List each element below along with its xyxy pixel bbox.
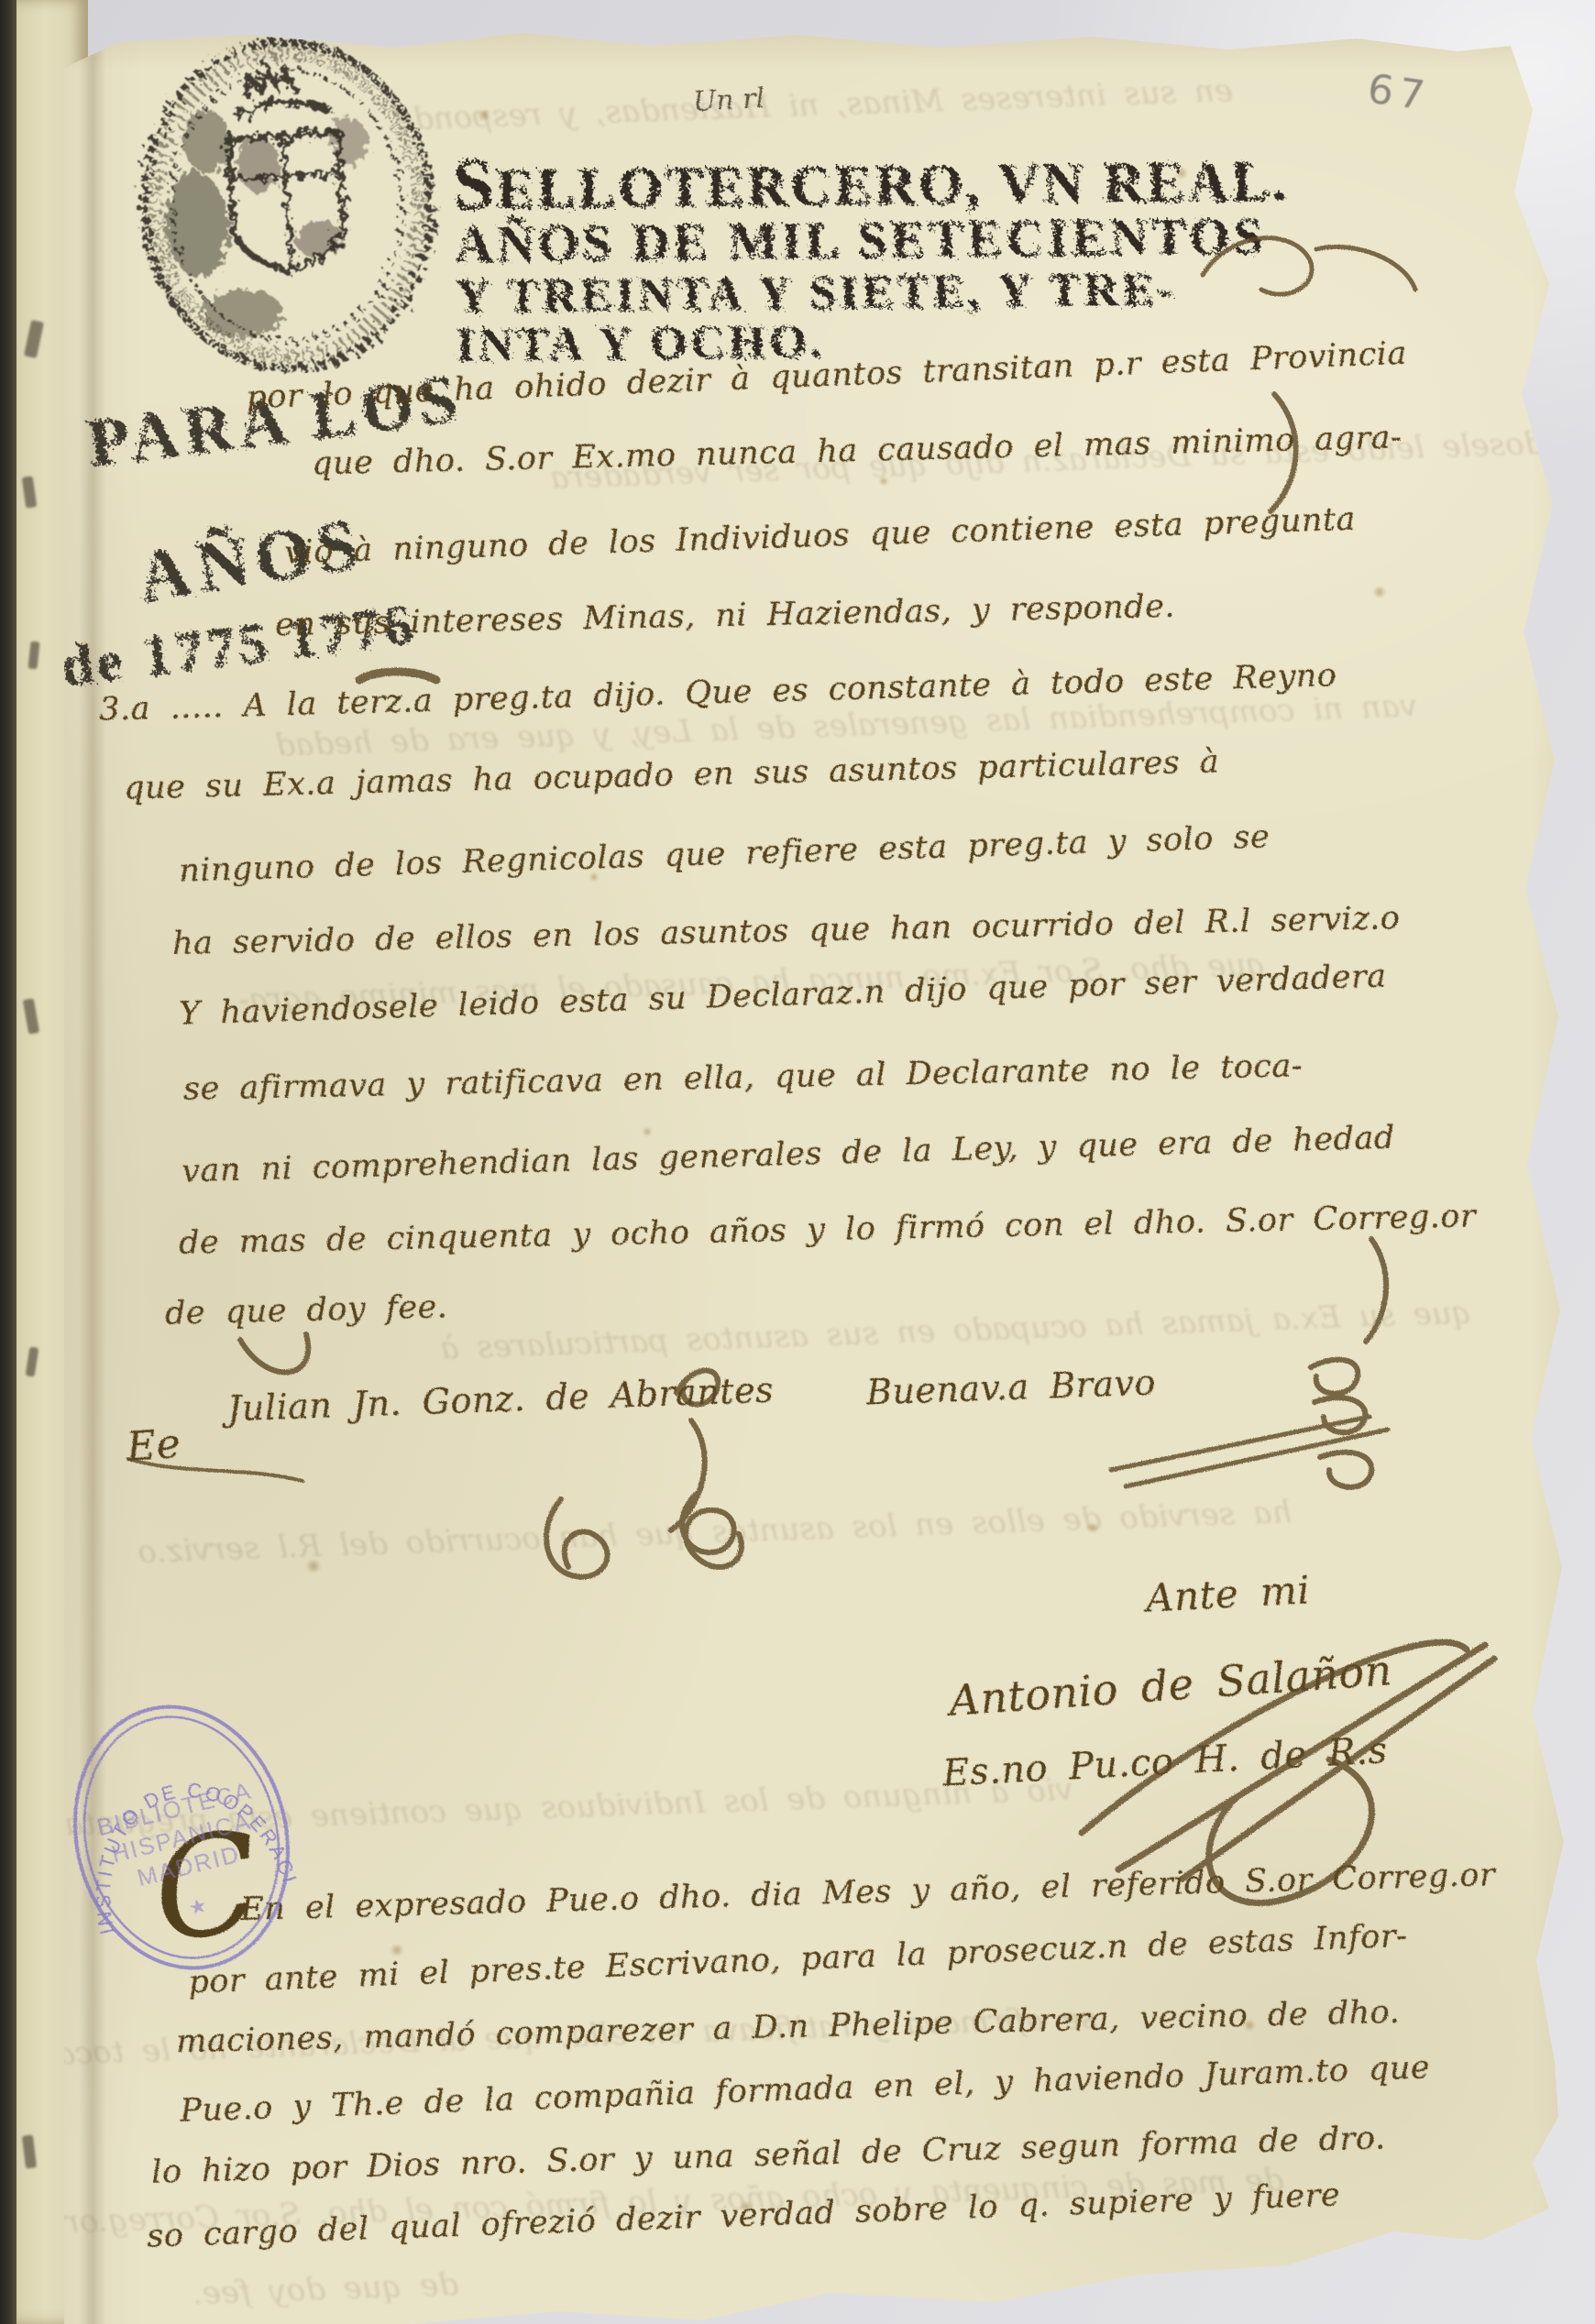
- fox-spot: [642, 1127, 653, 1136]
- library-stamp-star: ★: [186, 1892, 211, 1920]
- closing-line: por ante mi el pres.te Escrivano, para l…: [188, 1917, 1408, 2001]
- library-stamp-icon: INSTITUTO DE COOPERACION IBEROAMERICANA …: [20, 1660, 343, 2015]
- notary-title: Es.no Pu.co H. de R.s: [941, 1729, 1389, 1794]
- bleedthrough-line: que su Ex.a jamas ha ocupado en sus asun…: [440, 1294, 1473, 1366]
- bleedthrough-line: de que doy fee.: [192, 2266, 458, 2312]
- margin-fee-mark: Ee: [125, 1420, 182, 1471]
- manuscript-line: de mas de cinquenta y ocho años y lo fir…: [179, 1198, 1477, 1262]
- bleedthrough-line: en sus intereses Minas, ni Haziendas, y …: [385, 72, 1234, 138]
- document-page: en sus intereses Minas, ni Haziendas, y …: [0, 0, 1595, 2324]
- manuscript-line: van ni comprehendian las generales de la…: [181, 1120, 1396, 1190]
- manuscript-line: se afirmava y ratificava en ella, que al…: [183, 1047, 1303, 1108]
- manuscript-line: de que doy fee.: [165, 1288, 448, 1332]
- closing-line: maciones, mandó comparezer a D.n Phelipe…: [176, 1994, 1401, 2061]
- rubric-flourish: [1111, 1417, 1388, 1486]
- book-binding-edge: [0, 0, 16, 2324]
- notary-signature: Antonio de Salañon: [948, 1645, 1394, 1726]
- bleedthrough-line: ha servido de ellos en los asuntos que h…: [137, 1494, 1292, 1571]
- royal-seal-icon: [112, 15, 466, 385]
- scanned-manuscript-page: en sus intereses Minas, ni Haziendas, y …: [0, 0, 1595, 2324]
- manuscript-line: vio à ninguno de los Individuos que cont…: [284, 501, 1357, 572]
- folio-number: 67: [1365, 66, 1433, 121]
- library-stamp: INSTITUTO DE COOPERACION IBEROAMERICANA …: [20, 1660, 343, 2015]
- signature-left: Julian Jn. Gonz. de Abrantes: [226, 1370, 774, 1430]
- fox-spot: [389, 1945, 405, 1956]
- signature-right: Buenav.a Bravo: [865, 1363, 1156, 1413]
- fox-spot: [1371, 586, 1388, 597]
- pen-flourish: [240, 1334, 308, 1372]
- closing-line: En el expresado Pue.o dho. dia Mes y año…: [240, 1857, 1496, 1928]
- royal-seal-stamp: [112, 15, 466, 385]
- manuscript-line: ninguno de los Regnicolas que refiere es…: [179, 818, 1270, 889]
- pen-stroke: [359, 672, 436, 680]
- ante-mi-note: Ante mi: [1145, 1567, 1312, 1620]
- denomination-note: Un rl: [692, 82, 765, 118]
- rubric-flourish: [1311, 1360, 1371, 1487]
